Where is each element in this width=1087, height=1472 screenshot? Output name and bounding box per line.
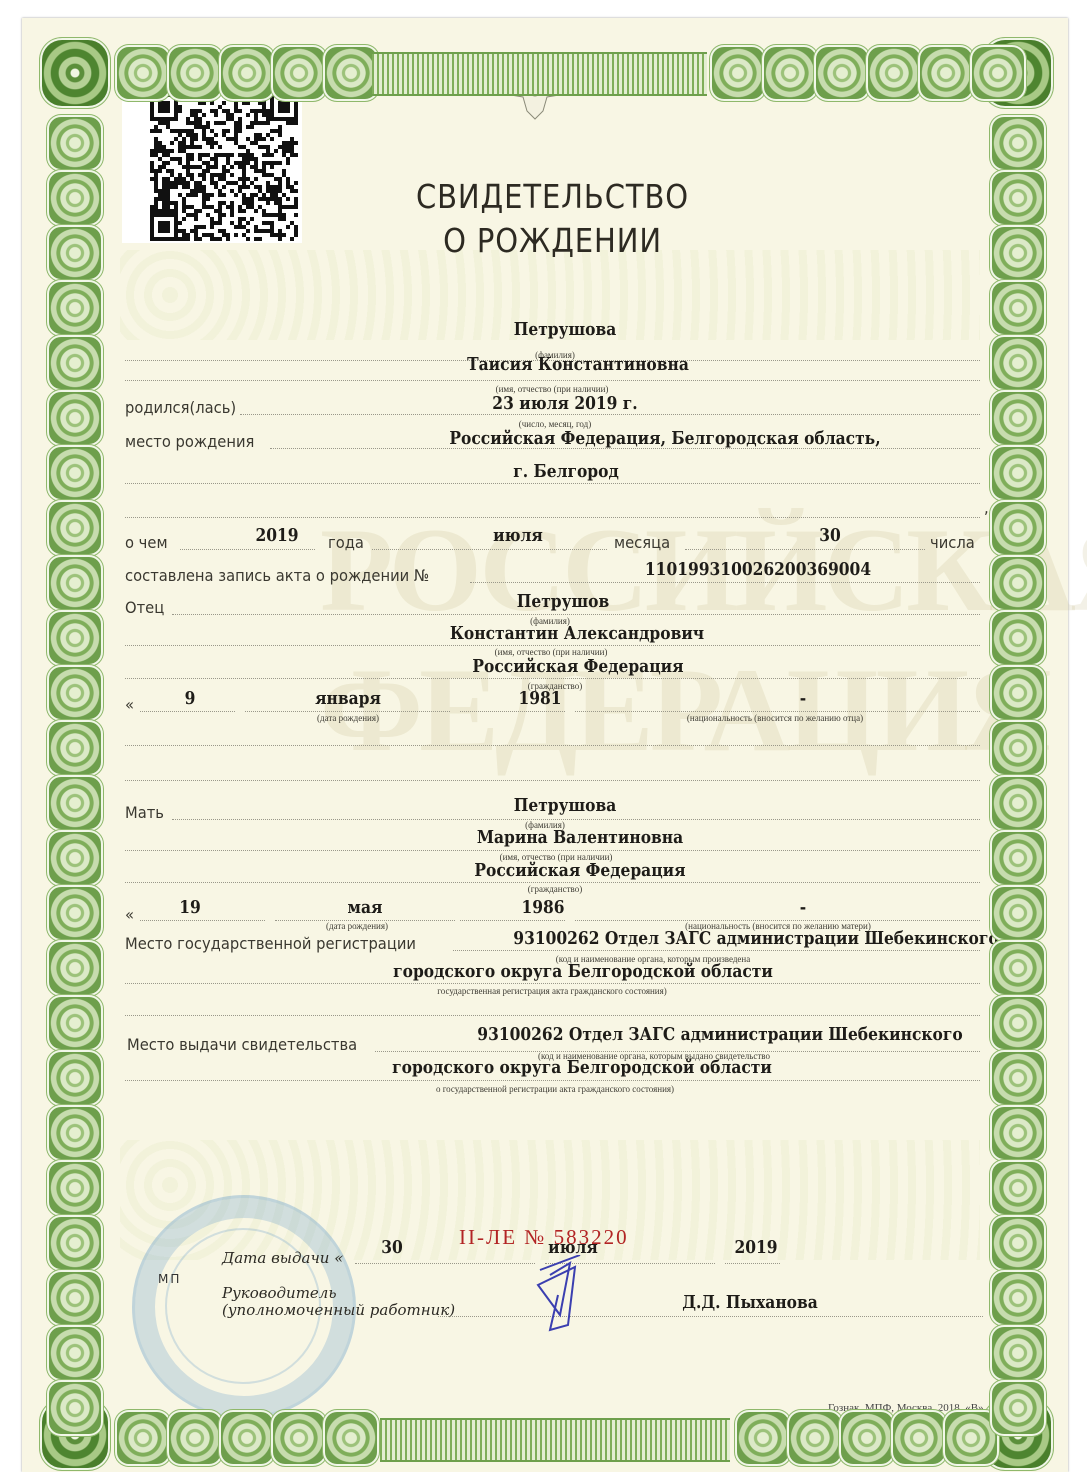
- border-ornament: [40, 38, 110, 108]
- issue-year: 2019: [734, 1237, 777, 1258]
- underline: [725, 1263, 780, 1264]
- border-ornament: [762, 45, 818, 101]
- underline: [460, 711, 565, 712]
- caption: (дата рождения): [326, 921, 388, 931]
- father-birth-month: января: [315, 688, 381, 709]
- record-year: 2019: [255, 525, 298, 546]
- underline: [460, 920, 565, 921]
- border-ornament: [47, 115, 103, 171]
- underline: [355, 1263, 535, 1264]
- father-citizenship: Российская Федерация: [472, 656, 683, 677]
- underline: [470, 582, 980, 583]
- mother-birth-month: мая: [348, 897, 383, 918]
- border-ornament: [990, 1380, 1046, 1436]
- border-ornament: [167, 1410, 223, 1466]
- border-ornament: [866, 45, 922, 101]
- quote-open: «: [125, 905, 134, 924]
- border-ornament: [735, 1410, 791, 1466]
- head-label-line-1: Руководитель: [222, 1285, 337, 1302]
- border-ornament: [372, 52, 707, 96]
- serial-number: II-ЛЕ № 583220: [459, 1225, 629, 1250]
- underline: [140, 920, 265, 921]
- border-ornament: [271, 45, 327, 101]
- border-ornament: [219, 45, 275, 101]
- underline: [172, 819, 980, 820]
- border-ornament: [990, 445, 1046, 501]
- border-ornament: [47, 555, 103, 611]
- underline: [240, 414, 980, 415]
- border-ornament: [47, 445, 103, 501]
- caption: о государственной регистрации акта гражд…: [436, 1084, 674, 1094]
- underline: [438, 1316, 983, 1317]
- father-label: Отец: [125, 598, 164, 617]
- record-day: 30: [819, 525, 841, 546]
- border-ornament: [47, 995, 103, 1051]
- child-name: Таисия Константиновна: [467, 354, 689, 375]
- border-ornament: [990, 1325, 1046, 1381]
- border-ornament: [47, 940, 103, 996]
- registration-label: Место государственной регистрации: [125, 934, 416, 953]
- title-line-2: О РОЖДЕНИИ: [401, 219, 705, 263]
- day-label: числа: [930, 533, 975, 552]
- border-ornament: [47, 1215, 103, 1271]
- caption: государственная регистрация акта граждан…: [437, 986, 667, 996]
- border-ornament: [47, 665, 103, 721]
- border-ornament: [271, 1410, 327, 1466]
- border-ornament: [710, 45, 766, 101]
- border-ornament: [47, 500, 103, 556]
- underline: [125, 678, 980, 679]
- border-ornament: [990, 1105, 1046, 1161]
- page-title: СВИДЕТЕЛЬСТВО О РОЖДЕНИИ: [401, 175, 705, 263]
- border-ornament: [990, 940, 1046, 996]
- border-ornament: [990, 775, 1046, 831]
- border-ornament: [47, 1325, 103, 1381]
- qr-code: [150, 93, 298, 241]
- underline: [125, 1080, 980, 1081]
- border-ornament: [990, 1160, 1046, 1216]
- border-ornament: [990, 610, 1046, 666]
- issuance-line-2: городского округа Белгородской области: [392, 1057, 772, 1078]
- mother-birth-year: 1986: [521, 897, 564, 918]
- father-nationality: -: [800, 688, 806, 709]
- border-ornament: [115, 45, 171, 101]
- border-ornament: [47, 1050, 103, 1106]
- border-ornament: [115, 1410, 171, 1466]
- border-ornament: [839, 1410, 895, 1466]
- border-ornament: [990, 170, 1046, 226]
- underline: [125, 850, 980, 851]
- birthplace-line-1: Российская Федерация, Белгородская облас…: [449, 428, 880, 449]
- border-ornament: [990, 830, 1046, 886]
- mother-surname: Петрушова: [514, 795, 617, 816]
- border-ornament: [990, 1050, 1046, 1106]
- border-ornament: [219, 1410, 275, 1466]
- border-ornament: [990, 1215, 1046, 1271]
- issue-date-label: Дата выдачи «: [222, 1250, 343, 1267]
- border-ornament: [990, 995, 1046, 1051]
- underline: [125, 780, 980, 781]
- underline: [125, 983, 980, 984]
- underline: [125, 483, 980, 484]
- border-ornament: [990, 885, 1046, 941]
- underline: [372, 549, 607, 550]
- border-ornament: [990, 555, 1046, 611]
- child-surname: Петрушова: [514, 319, 617, 340]
- underline: [125, 745, 980, 746]
- border-ornament: [47, 1270, 103, 1326]
- border-ornament: [47, 610, 103, 666]
- father-birth-year: 1981: [518, 688, 561, 709]
- month-label: месяца: [614, 533, 670, 552]
- border-ornament: [47, 280, 103, 336]
- underline: [575, 711, 980, 712]
- border-ornament: [990, 1270, 1046, 1326]
- border-ornament: [167, 45, 223, 101]
- registration-line-2: городского округа Белгородской области: [393, 961, 773, 982]
- father-name: Константин Александрович: [450, 623, 704, 644]
- underline: [125, 645, 980, 646]
- border-ornament: [47, 720, 103, 776]
- father-birth-day: 9: [185, 688, 196, 709]
- border-ornament: [47, 1380, 103, 1436]
- border-ornament: [990, 335, 1046, 391]
- underline: [180, 549, 315, 550]
- mother-citizenship: Российская Федерация: [474, 860, 685, 881]
- birthplace-line-2: г. Белгород: [513, 461, 619, 482]
- border-ornament: [990, 115, 1046, 171]
- head-name: Д.Д. Пыханова: [682, 1292, 818, 1313]
- border-ornament: [323, 45, 379, 101]
- mother-nationality: -: [800, 897, 806, 918]
- underline: [125, 882, 980, 883]
- border-ornament: [990, 665, 1046, 721]
- stamp-place-label: МП: [158, 1272, 181, 1286]
- border-ornament: [47, 170, 103, 226]
- issue-day: 30: [381, 1237, 403, 1258]
- border-ornament: [970, 45, 1026, 101]
- underline: [453, 950, 980, 951]
- border-ornament: [990, 280, 1046, 336]
- mother-birth-day: 19: [179, 897, 201, 918]
- underline: [140, 711, 235, 712]
- issuance-line-1: 93100262 Отдел ЗАГС администрации Шебеки…: [477, 1024, 962, 1045]
- caption: (национальность (вносится по желанию отц…: [687, 713, 863, 723]
- underline: [245, 711, 450, 712]
- border-ornament: [380, 1418, 730, 1462]
- border-ornament: [47, 390, 103, 446]
- underline: [125, 517, 980, 518]
- border-ornament: [47, 885, 103, 941]
- birth-date: 23 июля 2019 г.: [492, 393, 637, 414]
- record-month: июля: [493, 525, 543, 546]
- quote-open: «: [125, 695, 134, 714]
- border-ornament: [990, 225, 1046, 281]
- title-line-1: СВИДЕТЕЛЬСТВО: [401, 175, 705, 219]
- signature: [530, 1255, 600, 1335]
- border-ornament: [787, 1410, 843, 1466]
- border-ornament: [918, 45, 974, 101]
- border-ornament: [47, 1105, 103, 1161]
- underline: [125, 380, 980, 381]
- underline: [172, 614, 980, 615]
- border-ornament: [47, 830, 103, 886]
- border-ornament: [47, 225, 103, 281]
- about-label: о чем: [125, 533, 168, 552]
- birthplace-label: место рождения: [125, 432, 254, 451]
- father-surname: Петрушов: [517, 591, 610, 612]
- border-ornament: [990, 500, 1046, 556]
- mother-label: Мать: [125, 803, 164, 822]
- border-ornament: [990, 720, 1046, 776]
- head-label-line-2: (уполномоченный работник): [222, 1302, 455, 1319]
- underline: [125, 1015, 980, 1016]
- border-ornament: [891, 1410, 947, 1466]
- caption: (гражданство): [528, 884, 582, 894]
- border-ornament: [323, 1410, 379, 1466]
- border-ornament: [990, 390, 1046, 446]
- caption: (дата рождения): [317, 713, 379, 723]
- mother-name: Марина Валентиновна: [477, 827, 683, 848]
- record-number: 110199310026200369004: [645, 559, 871, 580]
- year-label: года: [328, 533, 364, 552]
- border-ornament: [814, 45, 870, 101]
- border-ornament: [47, 1160, 103, 1216]
- registration-line-1: 93100262 Отдел ЗАГС администрации Шебеки…: [513, 928, 998, 949]
- record-number-label: составлена запись акта о рождении №: [125, 566, 429, 585]
- border-ornament: [47, 775, 103, 831]
- born-label: родился(лась): [125, 398, 236, 417]
- border-ornament: [47, 335, 103, 391]
- trailing-comma: ,: [984, 498, 989, 517]
- issuance-label: Место выдачи свидетельства: [127, 1035, 357, 1054]
- underline: [685, 549, 925, 550]
